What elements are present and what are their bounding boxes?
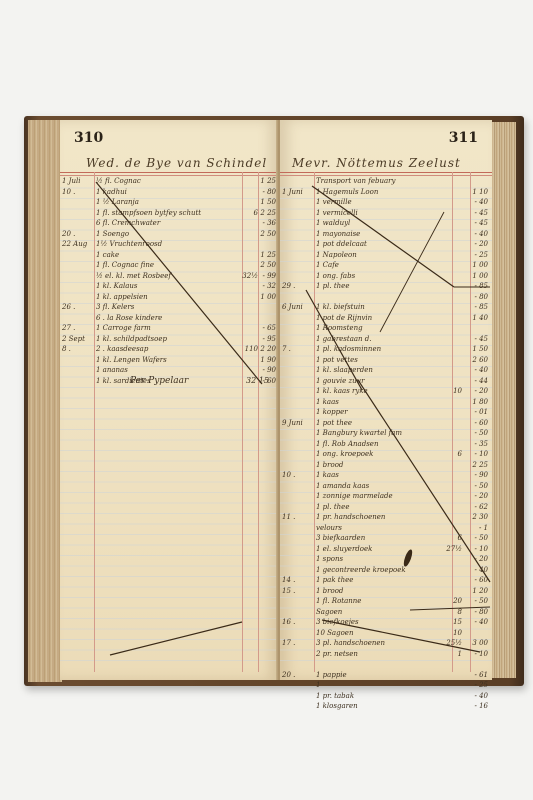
entry-date: 16 .	[282, 618, 312, 626]
entry-description: 6 . la Rose kindere	[96, 314, 236, 322]
entry-amount: 3 00	[456, 639, 488, 647]
entry-description: 1 kl. Kalaus	[96, 282, 236, 290]
entry-amount: 2 20	[244, 345, 276, 353]
entry-amount: - 99	[244, 272, 276, 280]
entry-amount: 1 25	[244, 177, 276, 185]
ledger-row: 6 . la Rose kindere	[60, 314, 278, 325]
entry-description: 1 gabrestaan d.	[316, 335, 446, 343]
entry-description: 1 ½ Laranja	[96, 198, 236, 206]
account-heading: Wed. de Bye van Schindel	[86, 156, 267, 170]
ledger-row: 1 amanda kaas- 50	[280, 482, 492, 493]
entry-description: 1½ Vruchtenroosd	[96, 240, 236, 248]
ledger-row: 6 fl. Cremchwater- 36	[60, 219, 278, 230]
entry-date: 1 Juni	[282, 188, 312, 196]
entry-amount: - 01	[456, 408, 488, 416]
ledger-row: 1 vermille- 40	[280, 198, 492, 209]
entry-amount: - 40	[456, 366, 488, 374]
entry-description: 1 fl. Cognac fine	[96, 261, 236, 269]
ledger-row: 1 Bangbury kwartel fam- 50	[280, 429, 492, 440]
ledger-row: 1 gabrestaan d.- 45	[280, 335, 492, 346]
entry-description: 6 fl. Cremchwater	[96, 219, 236, 227]
entry-amount: - 20	[456, 240, 488, 248]
entry-amount: - 40	[456, 692, 488, 700]
entry-amount: 1 40	[456, 314, 488, 322]
ledger-row: 20 .1 Soengo2 50	[60, 230, 278, 241]
entry-date: 9 Juni	[282, 419, 312, 427]
entry-description: 1 gouvie zuur	[316, 377, 446, 385]
ledger-row: 1 fl. stampfsoen bytfey schutt62 25	[60, 209, 278, 220]
ledger-row: 1 gecontreerde kroepoek- 40	[280, 566, 492, 577]
entry-description: 1 klosgaren	[316, 702, 446, 710]
entry-description: 1 Bangbury kwartel fam	[316, 429, 446, 437]
entry-description: 1 Hagemuls Loon	[316, 188, 446, 196]
ledger-row: 2 Sept1 kl. schildpadtsoep- 95	[60, 335, 278, 346]
ledger-row: 1 fl. Rob Anadsen- 35	[280, 440, 492, 451]
ledger-row: 20 .1 pappie- 61	[280, 671, 492, 682]
ledger-row: 1 spons- 20	[280, 555, 492, 566]
entry-description: 3 fl. Kelers	[96, 303, 236, 311]
ledger-row: 17 .3 pl. handschoenen25½3 00	[280, 639, 492, 650]
ledger-entries: Transport van febuary1 Juni1 Hagemuls Lo…	[280, 177, 492, 713]
entry-amount: - 25	[456, 681, 488, 689]
entry-description: 1 Roomsteng	[316, 324, 446, 332]
entry-description: 2 . kaasdeesap	[96, 345, 236, 353]
entry-amount: 1 80	[456, 398, 488, 406]
page-edges-right	[490, 122, 516, 678]
entry-description: 1 kl. schildpadtsoep	[96, 335, 236, 343]
ledger-row: 1 ong. fabs1 00	[280, 272, 492, 283]
entry-description: velours	[316, 524, 446, 532]
entry-description: 1 ong. fabs	[316, 272, 446, 280]
entry-description: 3 biefkoejes	[316, 618, 446, 626]
entry-date: 15 .	[282, 587, 312, 595]
ledger-row: 1 gouvie zuur- 44	[280, 377, 492, 388]
entry-amount: - 20	[456, 492, 488, 500]
entry-description: 1 pappie	[316, 671, 446, 679]
entry-amount: 1 00	[456, 261, 488, 269]
ledger-row: Sagoen8- 80	[280, 608, 492, 619]
ledger-row: 1 pot de Rijnvin1 40	[280, 314, 492, 325]
entry-date: 20 .	[282, 671, 312, 679]
entry-date: 6 Juni	[282, 303, 312, 311]
entry-description: 1	[316, 681, 446, 689]
ledger-row: 26 .3 fl. Kelers	[60, 303, 278, 314]
entry-description: 1 kl. biefstuin	[316, 303, 446, 311]
entry-description: 1 pr. tabak	[316, 692, 446, 700]
ledger-row: 1 brood2 25	[280, 461, 492, 472]
entry-description: ½ fl. Cognac	[96, 177, 236, 185]
ledger-row: 1 ½ Laranja1 50	[60, 198, 278, 209]
ledger-row: 14 .1 pak thee- 60	[280, 576, 492, 587]
entry-amount: - 80	[456, 293, 488, 301]
entry-date: 8 .	[62, 345, 92, 353]
entry-date: 11 .	[282, 513, 312, 521]
entry-amount: - 32	[244, 282, 276, 290]
entry-date: 10 .	[282, 471, 312, 479]
entry-amount: - 40	[456, 230, 488, 238]
entry-description: 1 Napoleon	[316, 251, 446, 259]
ledger-row: 1 pl. thee- 62	[280, 503, 492, 514]
entry-amount: - 65	[244, 324, 276, 332]
ledger-row: 8 .2 . kaasdeesap1102 20	[60, 345, 278, 356]
entry-date: 29 .	[282, 282, 312, 290]
ledger-row: 3 biefkaarden6- 50	[280, 534, 492, 545]
entry-amount: 2 25	[244, 209, 276, 217]
entry-amount: - 16	[456, 702, 488, 710]
ledger-row: 1 ong. kroepoek6- 10	[280, 450, 492, 461]
page-number: 310	[74, 130, 103, 146]
entry-description: 1 kl. slaaperden	[316, 366, 446, 374]
ledger-row: 1 Juni1 Hagemuls Loon1 10	[280, 188, 492, 199]
entry-amount: - 90	[244, 366, 276, 374]
entry-amount: 1 00	[456, 272, 488, 280]
entry-amount: - 40	[456, 618, 488, 626]
entry-date: 22 Aug	[62, 240, 92, 248]
ledger-row: 1 kl. Kalaus- 32	[60, 282, 278, 293]
ledger-row: 7 .1 pl. kadosminnen1 50	[280, 345, 492, 356]
entry-amount: - 60	[456, 419, 488, 427]
ledger-row: 9 Juni1 pot thee- 60	[280, 419, 492, 430]
entry-description: 1 kaas	[316, 471, 446, 479]
entry-amount: 2 60	[456, 356, 488, 364]
entry-description: 1 vermicelli	[316, 209, 446, 217]
ledger-row: velours- 1	[280, 524, 492, 535]
header-rule	[280, 172, 492, 173]
entry-description: 1 fl. Rotanne	[316, 597, 446, 605]
entry-date: 17 .	[282, 639, 312, 647]
entry-amount: 1 90	[244, 356, 276, 364]
entry-description: 1 vermille	[316, 198, 446, 206]
ledger-row: 1 kl. kaas ryke10- 20	[280, 387, 492, 398]
entry-description: 3 pl. handschoenen	[316, 639, 446, 647]
entry-amount: - 50	[456, 597, 488, 605]
entry-description: 1 cake	[96, 251, 236, 259]
entry-amount: 1 50	[244, 198, 276, 206]
entry-amount: - 1	[456, 524, 488, 532]
entry-amount: 1 25	[244, 251, 276, 259]
ledger-row: 1 kopper- 01	[280, 408, 492, 419]
entry-amount: 1 20	[456, 587, 488, 595]
entry-amount: 2 50	[244, 230, 276, 238]
ledger-row: 1 kl. appelsien1 00	[60, 293, 278, 304]
ledger-row: 6 Juni1 kl. biefstuin- 85	[280, 303, 492, 314]
ledger-row: 10 Sagoen10	[280, 629, 492, 640]
ledger-row: 1 walduyl- 45	[280, 219, 492, 230]
entry-amount: - 80	[244, 188, 276, 196]
ledger-row: 1 pot vettes2 60	[280, 356, 492, 367]
ledger-row: 1 Roomsteng	[280, 324, 492, 335]
entry-subamount: 10	[440, 629, 462, 637]
ledger-row: - 80	[280, 293, 492, 304]
entry-amount: 2 50	[244, 261, 276, 269]
ledger-row: 1- 25	[280, 681, 492, 692]
ledger-row: 1 mayonaise- 40	[280, 230, 492, 241]
entry-amount: - 61	[456, 671, 488, 679]
signature: Per Pypelaar	[130, 376, 188, 386]
entry-date: 27 .	[62, 324, 92, 332]
entry-description: 1 Cafe	[316, 261, 446, 269]
entry-amount: - 50	[456, 534, 488, 542]
entry-amount: 1 00	[244, 293, 276, 301]
entry-amount: - 35	[456, 440, 488, 448]
entry-description: 1 pr. handschoenen	[316, 513, 446, 521]
ledger-row: 1 kl. slaaperden- 40	[280, 366, 492, 377]
header-rule	[60, 175, 278, 176]
entry-amount: 1 10	[456, 188, 488, 196]
ledger-row: 1 zonnige marmelade- 20	[280, 492, 492, 503]
entry-date: 14 .	[282, 576, 312, 584]
page-edges-left	[28, 120, 62, 682]
entry-description: 1 pl. thee	[316, 282, 446, 290]
entry-amount: - 85	[456, 303, 488, 311]
entry-description: 1 kaas	[316, 398, 446, 406]
ledger-row: 29 .1 pl. thee- 85	[280, 282, 492, 293]
entry-amount: - 40	[456, 198, 488, 206]
entry-description: 1 pot vettes	[316, 356, 446, 364]
page-total: 32 15	[246, 376, 269, 385]
entry-amount: 2 25	[456, 461, 488, 469]
entry-amount: - 20	[456, 387, 488, 395]
entry-description: 1 kopper	[316, 408, 446, 416]
entry-description: 1 spons	[316, 555, 446, 563]
entry-amount: - 20	[456, 555, 488, 563]
entry-amount: - 90	[456, 471, 488, 479]
entry-date: 20 .	[62, 230, 92, 238]
ledger-book: 310 Wed. de Bye van Schindel 1 Juli½ fl.…	[24, 116, 524, 686]
entry-date: 7 .	[282, 345, 312, 353]
entry-amount: - 45	[456, 335, 488, 343]
left-page: 310 Wed. de Bye van Schindel 1 Juli½ fl.…	[60, 120, 278, 680]
ledger-row: 1 cake1 25	[60, 251, 278, 262]
entry-description: 1 zonnige marmelade	[316, 492, 446, 500]
entry-description: 1 walduyl	[316, 219, 446, 227]
entry-amount: - 60	[456, 576, 488, 584]
entry-amount: - 25	[456, 251, 488, 259]
ledger-row: 15 .1 brood1 20	[280, 587, 492, 598]
entry-description: 1 fl. stampfsoen bytfey schutt	[96, 209, 236, 217]
entry-description: 1 kl. appelsien	[96, 293, 236, 301]
ledger-row: 10 .1 kaas- 90	[280, 471, 492, 482]
ledger-row: 27 .1 Carroge farm- 65	[60, 324, 278, 335]
entry-amount: - 10	[456, 545, 488, 553]
entry-amount: - 50	[456, 429, 488, 437]
account-heading: Mevr. Nöttemus Zeelust	[292, 156, 461, 170]
entry-description: 1 ong. kroepoek	[316, 450, 446, 458]
entry-amount: - 95	[244, 335, 276, 343]
entry-description: ½ el. kl. met Rosbeef	[96, 272, 236, 280]
entry-description: 1 kadhui	[96, 188, 236, 196]
entry-amount: - 45	[456, 219, 488, 227]
entry-amount: - 85	[456, 282, 488, 290]
entry-amount: - 62	[456, 503, 488, 511]
ledger-row: 1 vermicelli- 45	[280, 209, 492, 220]
entry-description: 10 Sagoen	[316, 629, 446, 637]
ledger-row: 22 Aug1½ Vruchtenroosd	[60, 240, 278, 251]
ledger-row: ½ el. kl. met Rosbeef32½- 99	[60, 272, 278, 283]
ledger-row: 1 Cafe1 00	[280, 261, 492, 272]
entry-description: 1 brood	[316, 461, 446, 469]
entry-description: 1 kl. kaas ryke	[316, 387, 446, 395]
entry-description: 1 ananas	[96, 366, 236, 374]
ledger-row: 16 .3 biefkoejes15- 40	[280, 618, 492, 629]
entry-date: 26 .	[62, 303, 92, 311]
entry-date: 2 Sept	[62, 335, 92, 343]
ledger-row: Transport van febuary	[280, 177, 492, 188]
entry-description: 1 pak thee	[316, 576, 446, 584]
entry-description: 1 Carroge farm	[96, 324, 236, 332]
entry-amount: - 10	[456, 650, 488, 658]
entry-amount: - 45	[456, 209, 488, 217]
ledger-entries: 1 Juli½ fl. Cognac1 2510 .1 kadhui- 801 …	[60, 177, 278, 387]
entry-amount: - 44	[456, 377, 488, 385]
entry-description: 2 pr. netsen	[316, 650, 446, 658]
ledger-row: 1 pot ddelcaat- 20	[280, 240, 492, 251]
ledger-row: 1 Juli½ fl. Cognac1 25	[60, 177, 278, 188]
entry-amount: 1 50	[456, 345, 488, 353]
ledger-row: 1 fl. Cognac fine2 50	[60, 261, 278, 272]
entry-description: 1 gecontreerde kroepoek	[316, 566, 446, 574]
entry-description: 1 el. sluyerdoek	[316, 545, 446, 553]
entry-description: 1 fl. Rob Anadsen	[316, 440, 446, 448]
entry-description: 1 pot ddelcaat	[316, 240, 446, 248]
entry-description: 1 pot thee	[316, 419, 446, 427]
ledger-row: 1 fl. Rotanne20- 50	[280, 597, 492, 608]
right-page: 311 Mevr. Nöttemus Zeelust Transport van…	[280, 120, 492, 680]
entry-description: 1 mayonaise	[316, 230, 446, 238]
entry-description: 1 Soengo	[96, 230, 236, 238]
entry-description: 1 amanda kaas	[316, 482, 446, 490]
ledger-row	[280, 660, 492, 671]
entry-description: 3 biefkaarden	[316, 534, 446, 542]
entry-date: 1 Juli	[62, 177, 92, 185]
entry-date: 10 .	[62, 188, 92, 196]
entry-description: Sagoen	[316, 608, 446, 616]
ledger-row: 1 ananas- 90	[60, 366, 278, 377]
entry-amount: - 80	[456, 608, 488, 616]
ledger-row: 1 pr. tabak- 40	[280, 692, 492, 703]
entry-description: Transport van febuary	[316, 177, 446, 185]
header-rule	[280, 175, 492, 176]
ledger-row: 1 kl. Lengen Wafers1 90	[60, 356, 278, 367]
ledger-row: 1 Napoleon- 25	[280, 251, 492, 262]
entry-amount: - 36	[244, 219, 276, 227]
entry-description: 1 pl. kadosminnen	[316, 345, 446, 353]
ledger-row: 2 pr. netsen1- 10	[280, 650, 492, 661]
entry-amount: - 10	[456, 450, 488, 458]
header-rule	[60, 172, 278, 173]
ledger-row: 11 .1 pr. handschoenen2 30	[280, 513, 492, 524]
entry-description: 1 brood	[316, 587, 446, 595]
ledger-row: 1 el. sluyerdoek27½- 10	[280, 545, 492, 556]
entry-description: 1 kl. Lengen Wafers	[96, 356, 236, 364]
entry-description: 1 pl. thee	[316, 503, 446, 511]
entry-amount: 2 30	[456, 513, 488, 521]
entry-amount: - 50	[456, 482, 488, 490]
ledger-row: 1 klosgaren- 16	[280, 702, 492, 713]
ledger-row: 10 .1 kadhui- 80	[60, 188, 278, 199]
entry-amount: - 40	[456, 566, 488, 574]
entry-description: 1 pot de Rijnvin	[316, 314, 446, 322]
page-number: 311	[449, 130, 478, 146]
ledger-row: 1 kaas1 80	[280, 398, 492, 409]
